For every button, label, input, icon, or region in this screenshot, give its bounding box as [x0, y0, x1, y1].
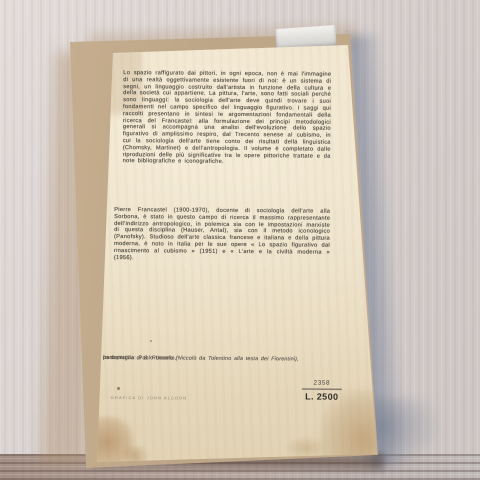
- author-bio-paragraph: Pierre Francastel (1900-1970), docente d…: [114, 207, 330, 263]
- cover-image-caption: In copertina: Paolo Uccello, La battagli…: [103, 355, 337, 357]
- catalog-number: 2358: [299, 379, 345, 386]
- price-block: 2358 L. 2500: [299, 379, 345, 401]
- book-photo-scene: Lo spazio raffigurato dai pittori, in og…: [0, 0, 480, 480]
- printed-text-layer: Lo spazio raffigurato dai pittori, in og…: [0, 0, 480, 480]
- caption-italic-title: La battaglia di S. Romano (Niccolò da To…: [103, 355, 299, 363]
- price-divider-line: [302, 388, 342, 389]
- price-label: L. 2500: [299, 391, 345, 401]
- caption-tail-text: part.: [103, 355, 115, 362]
- designer-credit: GRAFICA DI JOHN ALCORN: [111, 395, 187, 401]
- blurb-paragraph: Lo spazio raffigurato dai pittori, in og…: [123, 70, 332, 167]
